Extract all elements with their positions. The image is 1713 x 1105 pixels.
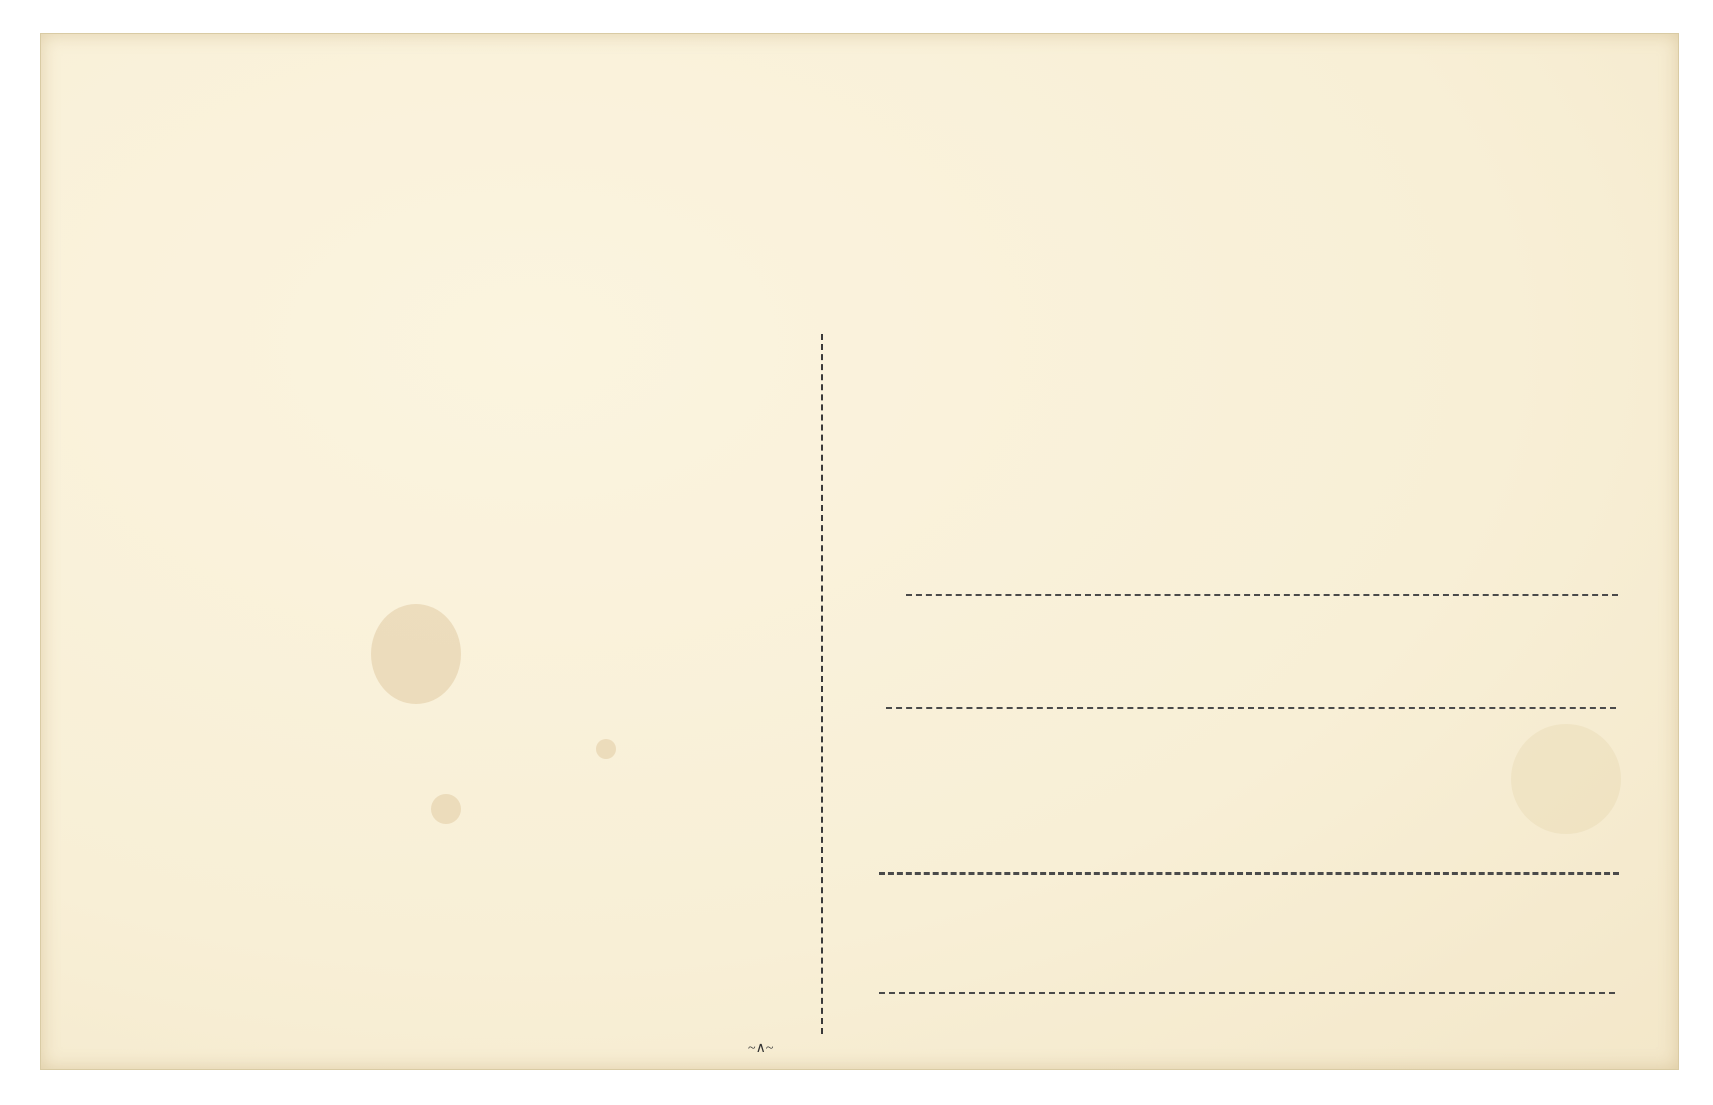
printer-mark: ~∧~ <box>748 1040 773 1057</box>
address-line-2 <box>886 707 1616 709</box>
stain <box>371 604 461 704</box>
address-line-4 <box>879 992 1615 994</box>
postcard-back <box>40 33 1679 1070</box>
stain <box>1511 724 1621 834</box>
center-divider-line <box>821 334 823 1034</box>
address-line-3 <box>879 872 1619 875</box>
address-line-1 <box>906 594 1618 596</box>
stain <box>431 794 461 824</box>
stain <box>596 739 616 759</box>
